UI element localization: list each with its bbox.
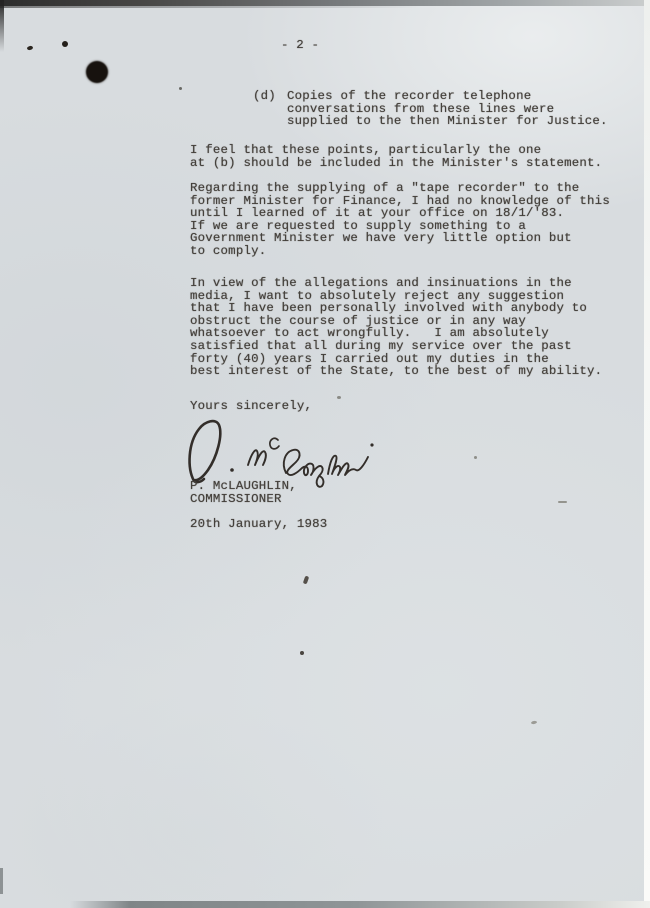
paragraph-line: best interest of the State, to the best … <box>190 365 602 378</box>
paper-speck <box>474 456 477 459</box>
paper-speck <box>558 501 567 503</box>
item-d-body: Copies of the recorder telephone convers… <box>287 90 608 128</box>
item-d-line: supplied to the then Minister for Justic… <box>287 115 608 128</box>
paragraph-line: at (b) should be included in the Ministe… <box>190 157 602 170</box>
scan-edge-left-mark <box>0 868 3 894</box>
paragraph-line: to comply. <box>190 245 610 258</box>
hole-punch-mark <box>86 61 108 83</box>
sender-title: COMMISSIONER <box>190 493 282 506</box>
paragraph-line: In view of the allegations and insinuati… <box>190 277 602 290</box>
paragraph-line: that I have been personally involved wit… <box>190 302 602 315</box>
page-number: - 2 - <box>281 39 319 52</box>
paper-speck <box>300 651 304 655</box>
paper-speck <box>27 45 34 50</box>
paragraph-line: satisfied that all during my service ove… <box>190 340 602 353</box>
letter-date: 20th January, 1983 <box>190 518 327 531</box>
paragraph-points: I feel that these points, particularly t… <box>190 144 602 169</box>
paper-speck <box>62 41 68 47</box>
scan-edge-top-shadow <box>0 6 420 8</box>
paper-speck <box>531 721 537 725</box>
scan-edge-bottom <box>0 901 650 908</box>
scan-edge-right <box>644 0 650 908</box>
item-d-line: Copies of the recorder telephone <box>287 90 608 103</box>
paper-speck <box>303 576 309 585</box>
sender-name: P. McLAUGHLIN, <box>190 480 297 493</box>
scan-edge-left <box>0 0 4 52</box>
paper-speck <box>179 87 182 90</box>
paragraph-line: until I learned of it at your office on … <box>190 207 610 220</box>
item-d-label: (d) <box>253 90 276 103</box>
handwritten-signature <box>175 410 390 490</box>
paragraph-recorder: Regarding the supplying of a "tape recor… <box>190 182 610 258</box>
paragraph-allegations: In view of the allegations and insinuati… <box>190 277 602 378</box>
paper-speck <box>337 396 341 399</box>
paragraph-line: I feel that these points, particularly t… <box>190 144 602 157</box>
scanned-letter-page: - 2 - (d) Copies of the recorder telepho… <box>0 0 650 908</box>
paragraph-line: Regarding the supplying of a "tape recor… <box>190 182 610 195</box>
